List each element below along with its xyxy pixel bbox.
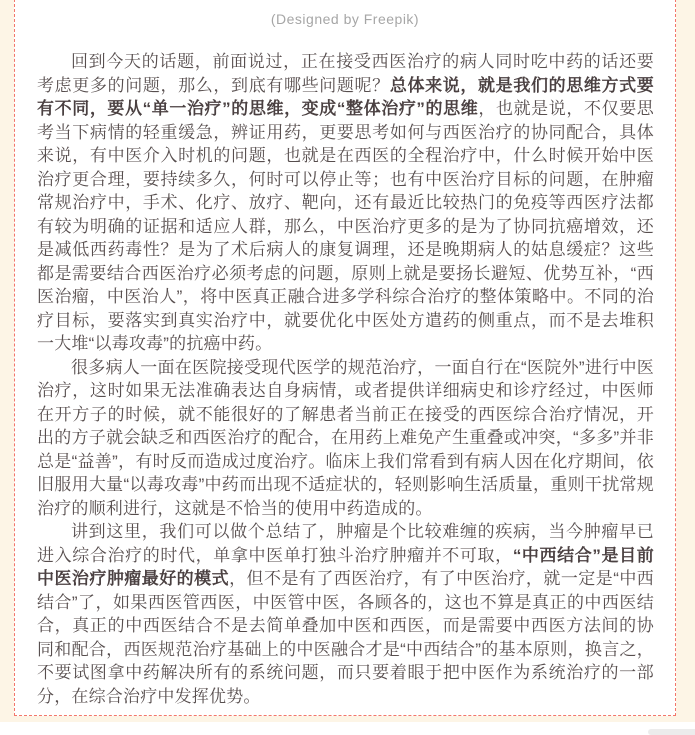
- image-credit: (Designed by Freepik): [15, 0, 675, 29]
- body-text: ，但不是有了西医治疗，有了中医治疗，就一定是“中西结合”了，如果西医管西医，中医…: [37, 569, 654, 706]
- body-text: 很多病人一面在医院接受现代医学的规范治疗，一面自行在“医院外”进行中医治疗，这时…: [37, 358, 654, 518]
- article-card: (Designed by Freepik) 回到今天的话题，前面说过，正在接受西…: [14, 0, 676, 716]
- scrollbar-fragment[interactable]: [648, 729, 695, 735]
- paragraph: 回到今天的话题，前面说过，正在接受西医治疗的病人同时吃中药的话还要考虑更多的问题…: [37, 50, 654, 356]
- paragraph: 讲到这里，我们可以做个总结了，肿瘤是个比较难缠的疾病，当今肿瘤早已进入综合治疗的…: [37, 520, 654, 708]
- article-frame: (Designed by Freepik) 回到今天的话题，前面说过，正在接受西…: [0, 0, 695, 722]
- body-text: ，也就是说，不仅要思考当下病情的轻重缓急，辨证用药，更要思考如何与西医治疗的协同…: [37, 99, 654, 353]
- paragraph: 很多病人一面在医院接受现代医学的规范治疗，一面自行在“医院外”进行中医治疗，这时…: [37, 356, 654, 521]
- article-body: 回到今天的话题，前面说过，正在接受西医治疗的病人同时吃中药的话还要考虑更多的问题…: [37, 50, 654, 708]
